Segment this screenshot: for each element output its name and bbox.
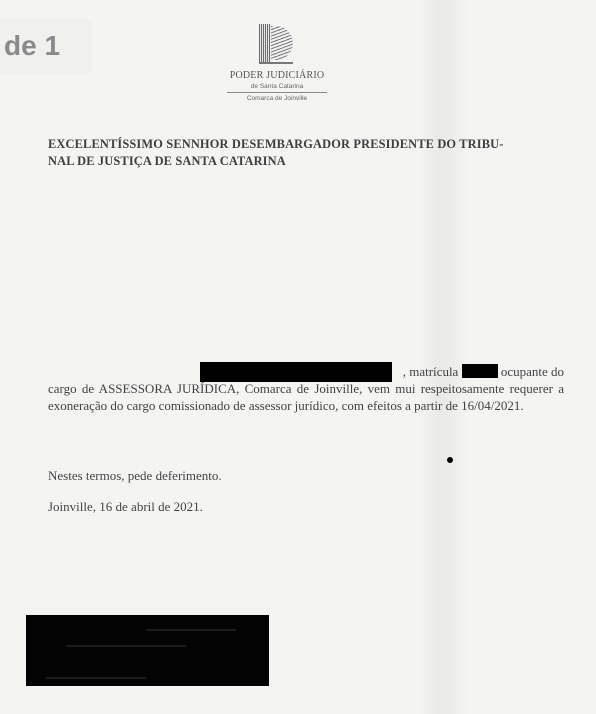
- paragraph-first-line: , matrícula ocupante do: [48, 363, 564, 380]
- letterhead-district: Comarca de Joinville: [222, 94, 332, 103]
- addressee-line-1: EXCELENTÍSSIMO SENNHOR DESEMBARGADOR PRE…: [48, 136, 564, 153]
- request-paragraph: , matrícula ocupante do cargo de ASSESSO…: [48, 363, 564, 414]
- occupation-label: ocupante do: [498, 364, 564, 379]
- letterhead-institution: PODER JUDICIÁRIO: [222, 70, 332, 82]
- scan-artifact: [420, 0, 468, 714]
- closing-text: Nestes termos, pede deferimento.: [48, 468, 222, 484]
- letterhead-state: de Santa Catarina: [222, 82, 332, 91]
- redacted-signature: [26, 615, 269, 686]
- addressee-heading: EXCELENTÍSSIMO SENNHOR DESEMBARGADOR PRE…: [48, 136, 564, 170]
- redacted-registration: [462, 364, 498, 378]
- letterhead-logo: PODER JUDICIÁRIO de Santa Catarina Comar…: [222, 24, 332, 103]
- stray-mark: [447, 457, 453, 463]
- addressee-line-2: NAL DE JUSTIÇA DE SANTA CATARINA: [48, 153, 564, 170]
- judiciary-emblem-icon: [255, 24, 299, 66]
- paragraph-body: cargo de ASSESSORA JURÍDICA, Comarca de …: [48, 381, 564, 413]
- letterhead-divider: [227, 92, 327, 93]
- place-date: Joinville, 16 de abril de 2021.: [48, 499, 203, 515]
- page-indicator: de 1: [0, 18, 92, 74]
- registration-label: , matrícula: [403, 364, 462, 379]
